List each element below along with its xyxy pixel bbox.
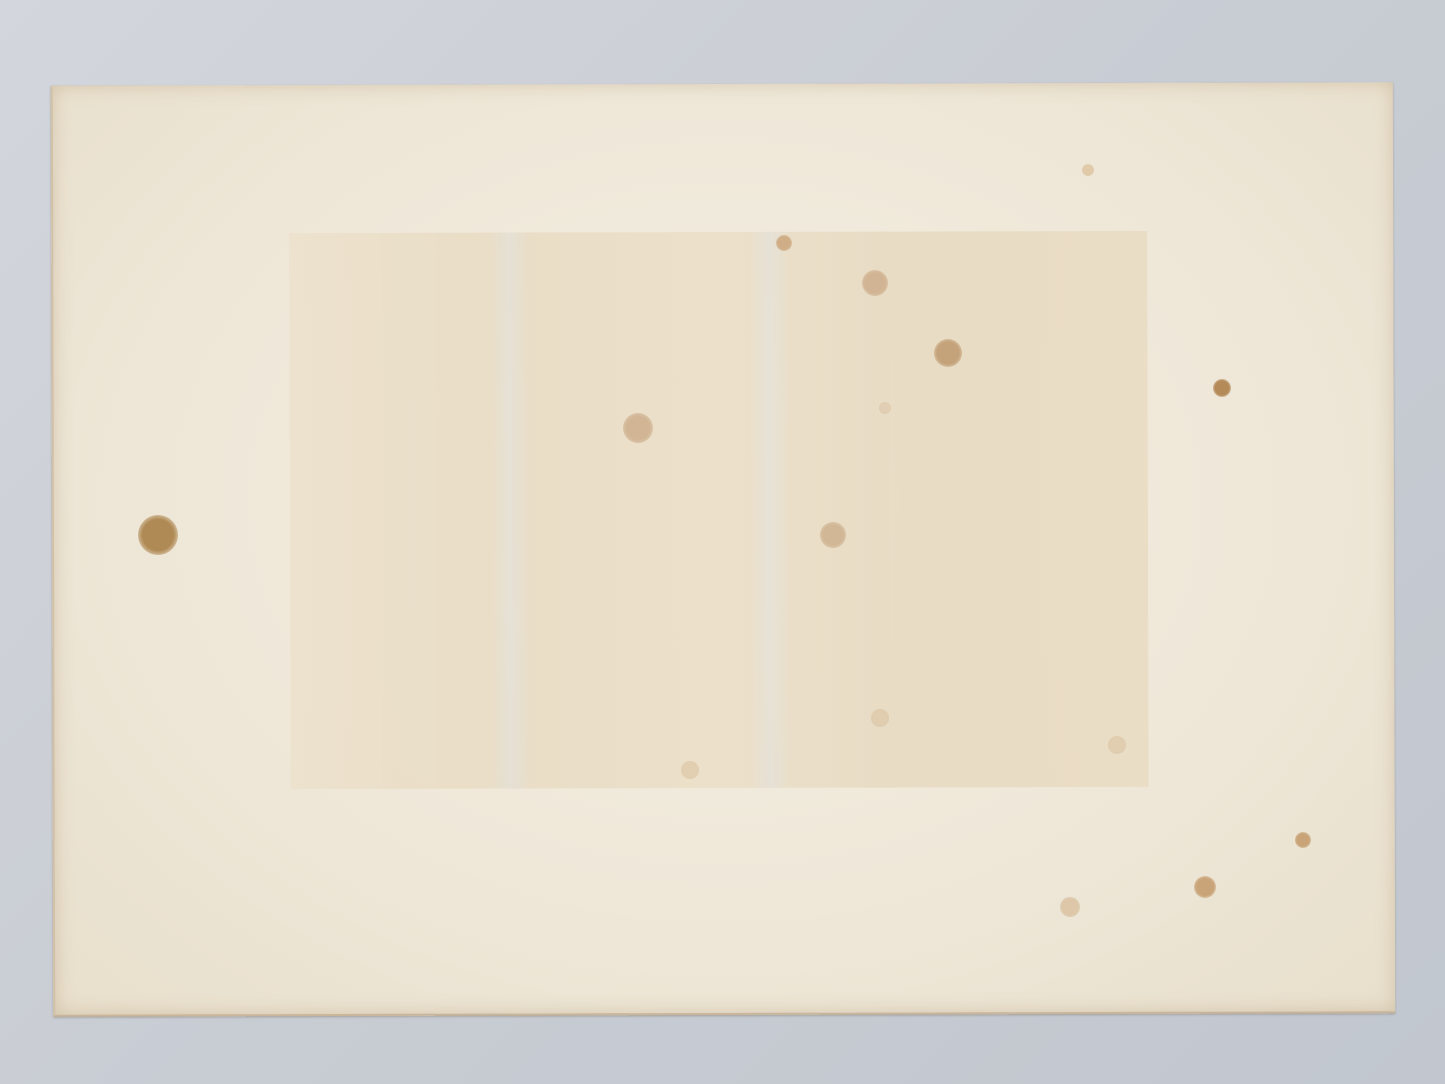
foxing-spot — [1082, 164, 1094, 176]
paper-sheet — [51, 82, 1395, 1017]
fold-crease — [489, 233, 530, 789]
foxing-spot — [820, 522, 846, 548]
foxing-spot — [1108, 736, 1126, 754]
foxing-spot — [862, 270, 888, 296]
foxing-spot — [681, 761, 699, 779]
foxing-spot — [871, 709, 889, 727]
foxing-spot — [1213, 379, 1231, 397]
foxing-spot — [934, 339, 962, 367]
foxing-spot — [623, 413, 653, 443]
foxing-spot — [879, 402, 891, 414]
fold-crease — [749, 232, 790, 788]
foxing-spot — [776, 235, 792, 251]
foxing-spot — [1194, 876, 1216, 898]
foxing-spot — [138, 515, 178, 555]
foxing-spot — [1060, 897, 1080, 917]
foxing-spot — [1295, 832, 1311, 848]
plate-mark-area — [289, 231, 1148, 789]
